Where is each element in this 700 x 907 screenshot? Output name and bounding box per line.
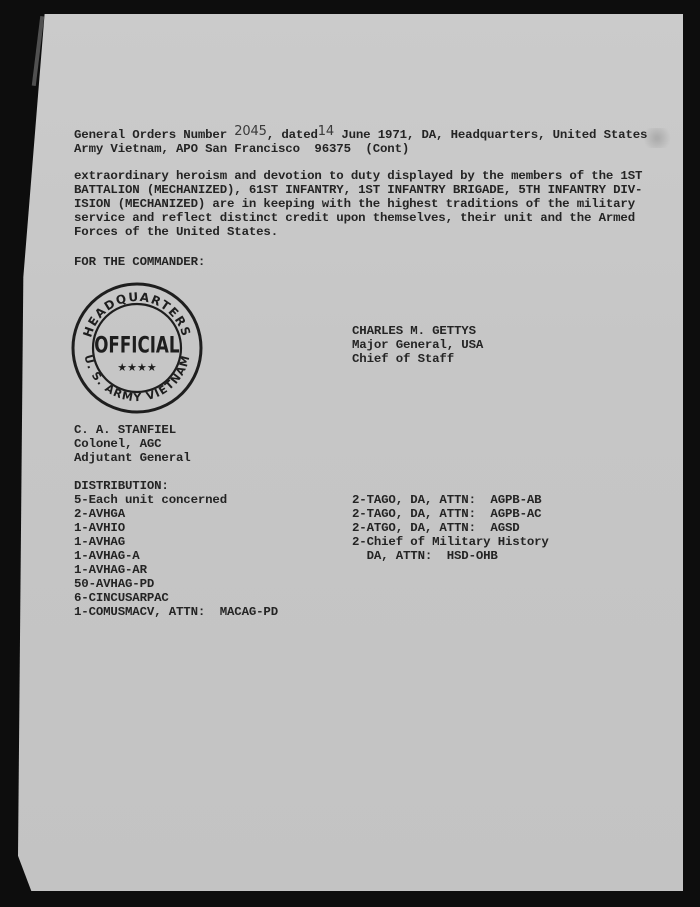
header-suffix: June 1971, DA, Headquarters, United Stat…: [334, 128, 647, 142]
distribution-left-item: 6-CINCUSARPAC: [74, 591, 169, 605]
signatory-name: CHARLES M. GETTYS: [352, 324, 476, 338]
authenticator-name: C. A. STANFIEL: [74, 423, 176, 437]
distribution-heading: DISTRIBUTION:: [74, 479, 169, 493]
seal-stars: ★★★★: [117, 361, 157, 374]
signatory-title: Chief of Staff: [352, 352, 454, 366]
authenticator-title: Adjutant General: [74, 451, 191, 465]
distribution-left-item: 1-COMUSMACV, ATTN: MACAG-PD: [74, 605, 278, 619]
order-day: 14: [318, 124, 334, 139]
body-line: Forces of the United States.: [74, 225, 278, 239]
distribution-right-item: 2-TAGO, DA, ATTN: AGPB-AC: [352, 507, 541, 521]
distribution-left-item: 50-AVHAG-PD: [74, 577, 154, 591]
distribution-right-item: 2-Chief of Military History: [352, 535, 549, 549]
official-seal-stamp: HEADQUARTERS U. S. ARMY VIETNAM OFFICIAL…: [70, 281, 204, 415]
signatory-rank: Major General, USA: [352, 338, 483, 352]
distribution-left-item: 1-AVHAG-A: [74, 549, 140, 563]
order-number: 2045: [234, 124, 266, 139]
seal-official-text: OFFICIAL: [94, 332, 179, 358]
header-line-2: Army Vietnam, APO San Francisco 96375 (C…: [74, 142, 409, 156]
distribution-left-item: 1-AVHAG-AR: [74, 563, 147, 577]
distribution-right-item: 2-TAGO, DA, ATTN: AGPB-AB: [352, 493, 541, 507]
distribution-right-item: 2-ATGO, DA, ATTN: AGSD: [352, 521, 520, 535]
header-prefix: General Orders Number: [74, 128, 234, 142]
body-line: service and reflect distinct credit upon…: [74, 211, 635, 225]
for-the-commander: FOR THE COMMANDER:: [74, 255, 205, 269]
authenticator-rank: Colonel, AGC: [74, 437, 161, 451]
header-dated: , dated: [267, 128, 318, 142]
distribution-left-item: 2-AVHGA: [74, 507, 125, 521]
header-line-1: General Orders Number 2045, dated14 June…: [74, 128, 647, 142]
body-line: extraordinary heroism and devotion to du…: [74, 169, 642, 183]
distribution-right-item: DA, ATTN: HSD-OHB: [352, 549, 498, 563]
body-line: BATTALION (MECHANIZED), 61ST INFANTRY, 1…: [74, 183, 642, 197]
body-line: ISION (MECHANIZED) are in keeping with t…: [74, 197, 635, 211]
distribution-left-item: 1-AVHAG: [74, 535, 125, 549]
distribution-left-item: 5-Each unit concerned: [74, 493, 227, 507]
distribution-left-item: 1-AVHIO: [74, 521, 125, 535]
